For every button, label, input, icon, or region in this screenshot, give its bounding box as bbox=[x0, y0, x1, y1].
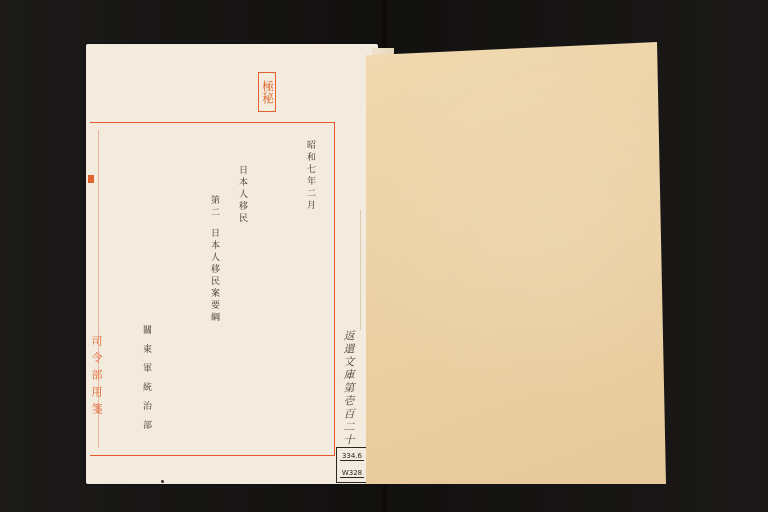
stamp-top: 334.6 bbox=[340, 452, 364, 461]
dot bbox=[161, 480, 164, 483]
catalog-stamp: 334.6 W328 bbox=[336, 447, 368, 483]
title-line-3: 日本人移民案要綱 bbox=[208, 228, 221, 324]
title-line-2: 第二 bbox=[208, 195, 221, 219]
right-cover-page bbox=[366, 42, 666, 484]
margin-glyphs: 司令部用箋 bbox=[88, 335, 104, 420]
sewing-line bbox=[360, 210, 361, 330]
title-line-1: 日本人移民 bbox=[236, 165, 249, 225]
margin-mark bbox=[88, 175, 94, 183]
issuer: 關東軍統治部 bbox=[140, 325, 153, 439]
document-date: 昭和七年二月 bbox=[304, 140, 317, 212]
confidential-seal: 極秘 bbox=[258, 72, 276, 112]
stamp-bottom: W328 bbox=[340, 469, 364, 478]
